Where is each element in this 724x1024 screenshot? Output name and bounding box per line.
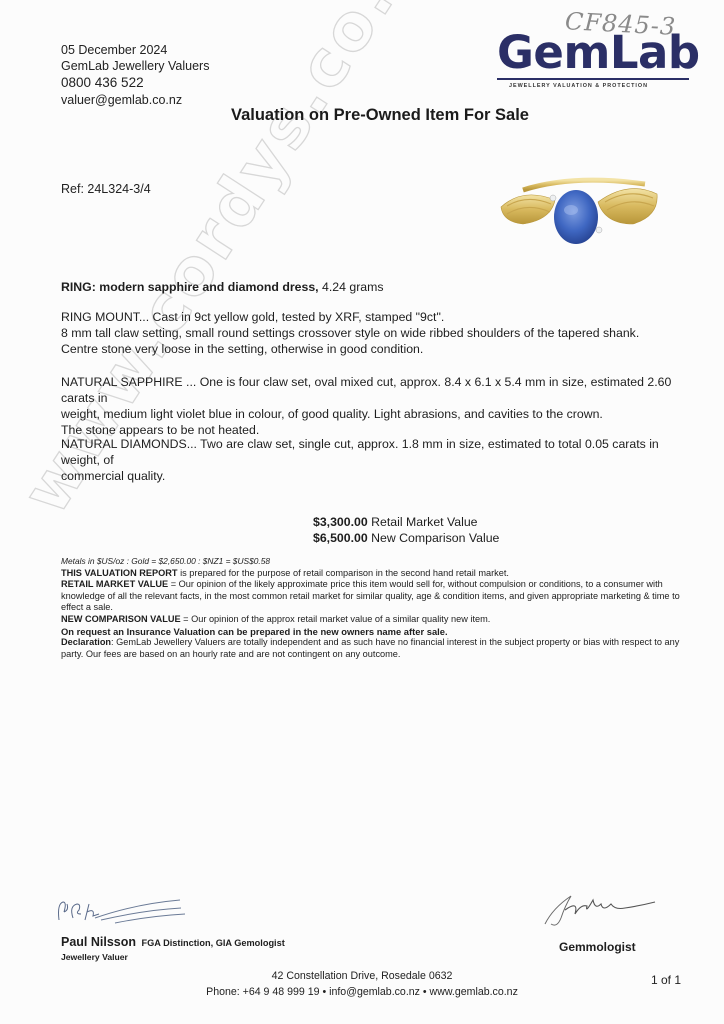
diamonds-description: NATURAL DIAMONDS... Two are claw set, si… (61, 436, 701, 484)
valuer-name-line: Paul Nilsson FGA Distinction, GIA Gemolo… (61, 935, 285, 949)
valuer-name: Paul Nilsson (61, 935, 136, 949)
report-purpose: THIS VALUATION REPORT is prepared for th… (61, 568, 691, 580)
footer-contact: Phone: +64 9 48 999 19 • info@gemlab.co.… (0, 984, 724, 1000)
logo-wordmark: GemLab (497, 30, 697, 76)
valuer-role: Jewellery Valuer (61, 952, 128, 962)
gemlab-logo: GemLab JEWELLERY VALUATION & PROTECTION (497, 30, 697, 89)
gemmologist-signature (535, 888, 665, 928)
company-phone: 0800 436 522 (61, 74, 209, 92)
sapphire-line: NATURAL SAPPHIRE ... One is four claw se… (61, 374, 701, 406)
ncv-label: NEW COMPARISON VALUE (61, 614, 181, 624)
footer-address: 42 Constellation Drive, Rosedale 0632 (0, 968, 724, 984)
metals-prices: Metals in $US/oz : Gold = $2,650.00 : $N… (61, 556, 691, 568)
report-purpose-text: is prepared for the purpose of retail co… (178, 568, 509, 578)
document-title: Valuation on Pre-Owned Item For Sale (0, 106, 724, 125)
diamonds-line: commercial quality. (61, 468, 701, 484)
declaration: Declaration: GemLab Jewellery Valuers ar… (61, 637, 691, 660)
retail-label: Retail Market Value (368, 515, 478, 529)
declaration-text: : GemLab Jewellery Valuers are totally i… (61, 637, 679, 659)
footer: 42 Constellation Drive, Rosedale 0632 Ph… (0, 968, 724, 1000)
new-amount: $6,500.00 (313, 531, 368, 545)
retail-amount: $3,300.00 (313, 515, 368, 529)
valuer-signature (55, 890, 195, 930)
new-comparison-value: $6,500.00 New Comparison Value (313, 530, 499, 546)
item-heading-bold: RING: modern sapphire and diamond dress, (61, 280, 319, 294)
mount-line: 8 mm tall claw setting, small round sett… (61, 325, 701, 341)
ring-photo (493, 162, 663, 262)
contact-block: 05 December 2024 GemLab Jewellery Valuer… (61, 42, 209, 108)
reference-number: Ref: 24L324-3/4 (61, 182, 151, 196)
mount-line: RING MOUNT... Cast in 9ct yellow gold, t… (61, 309, 701, 325)
ring-mount-description: RING MOUNT... Cast in 9ct yellow gold, t… (61, 309, 701, 357)
sapphire-description: NATURAL SAPPHIRE ... One is four claw se… (61, 374, 701, 438)
rmv-definition: RETAIL MARKET VALUE = Our opinion of the… (61, 579, 691, 614)
valuation-document: www.cordys.co.nz 05 December 2024 GemLab… (0, 0, 724, 1024)
valuation-notes: Metals in $US/oz : Gold = $2,650.00 : $N… (61, 556, 691, 660)
insurance-note: On request an Insurance Valuation can be… (61, 626, 691, 638)
diamonds-line: NATURAL DIAMONDS... Two are claw set, si… (61, 436, 701, 468)
new-label: New Comparison Value (368, 531, 500, 545)
rmv-label: RETAIL MARKET VALUE (61, 579, 168, 589)
logo-tagline: JEWELLERY VALUATION & PROTECTION (497, 83, 697, 89)
gemmologist-label: Gemmologist (559, 940, 636, 954)
retail-market-value: $3,300.00 Retail Market Value (313, 514, 499, 530)
valuation-values: $3,300.00 Retail Market Value $6,500.00 … (313, 514, 499, 546)
mount-line: Centre stone very loose in the setting, … (61, 341, 701, 357)
ncv-text: = Our opinion of the approx retail marke… (181, 614, 491, 624)
item-weight: 4.24 grams (319, 280, 384, 294)
declaration-label: Declaration (61, 637, 111, 647)
sapphire-line: weight, medium light violet blue in colo… (61, 406, 701, 422)
document-date: 05 December 2024 (61, 42, 209, 58)
report-purpose-label: THIS VALUATION REPORT (61, 568, 178, 578)
page-number: 1 of 1 (651, 973, 681, 987)
company-name: GemLab Jewellery Valuers (61, 58, 209, 74)
item-heading: RING: modern sapphire and diamond dress,… (61, 279, 701, 295)
ncv-definition: NEW COMPARISON VALUE = Our opinion of th… (61, 614, 691, 626)
valuer-credentials: FGA Distinction, GIA Gemologist (142, 938, 285, 948)
